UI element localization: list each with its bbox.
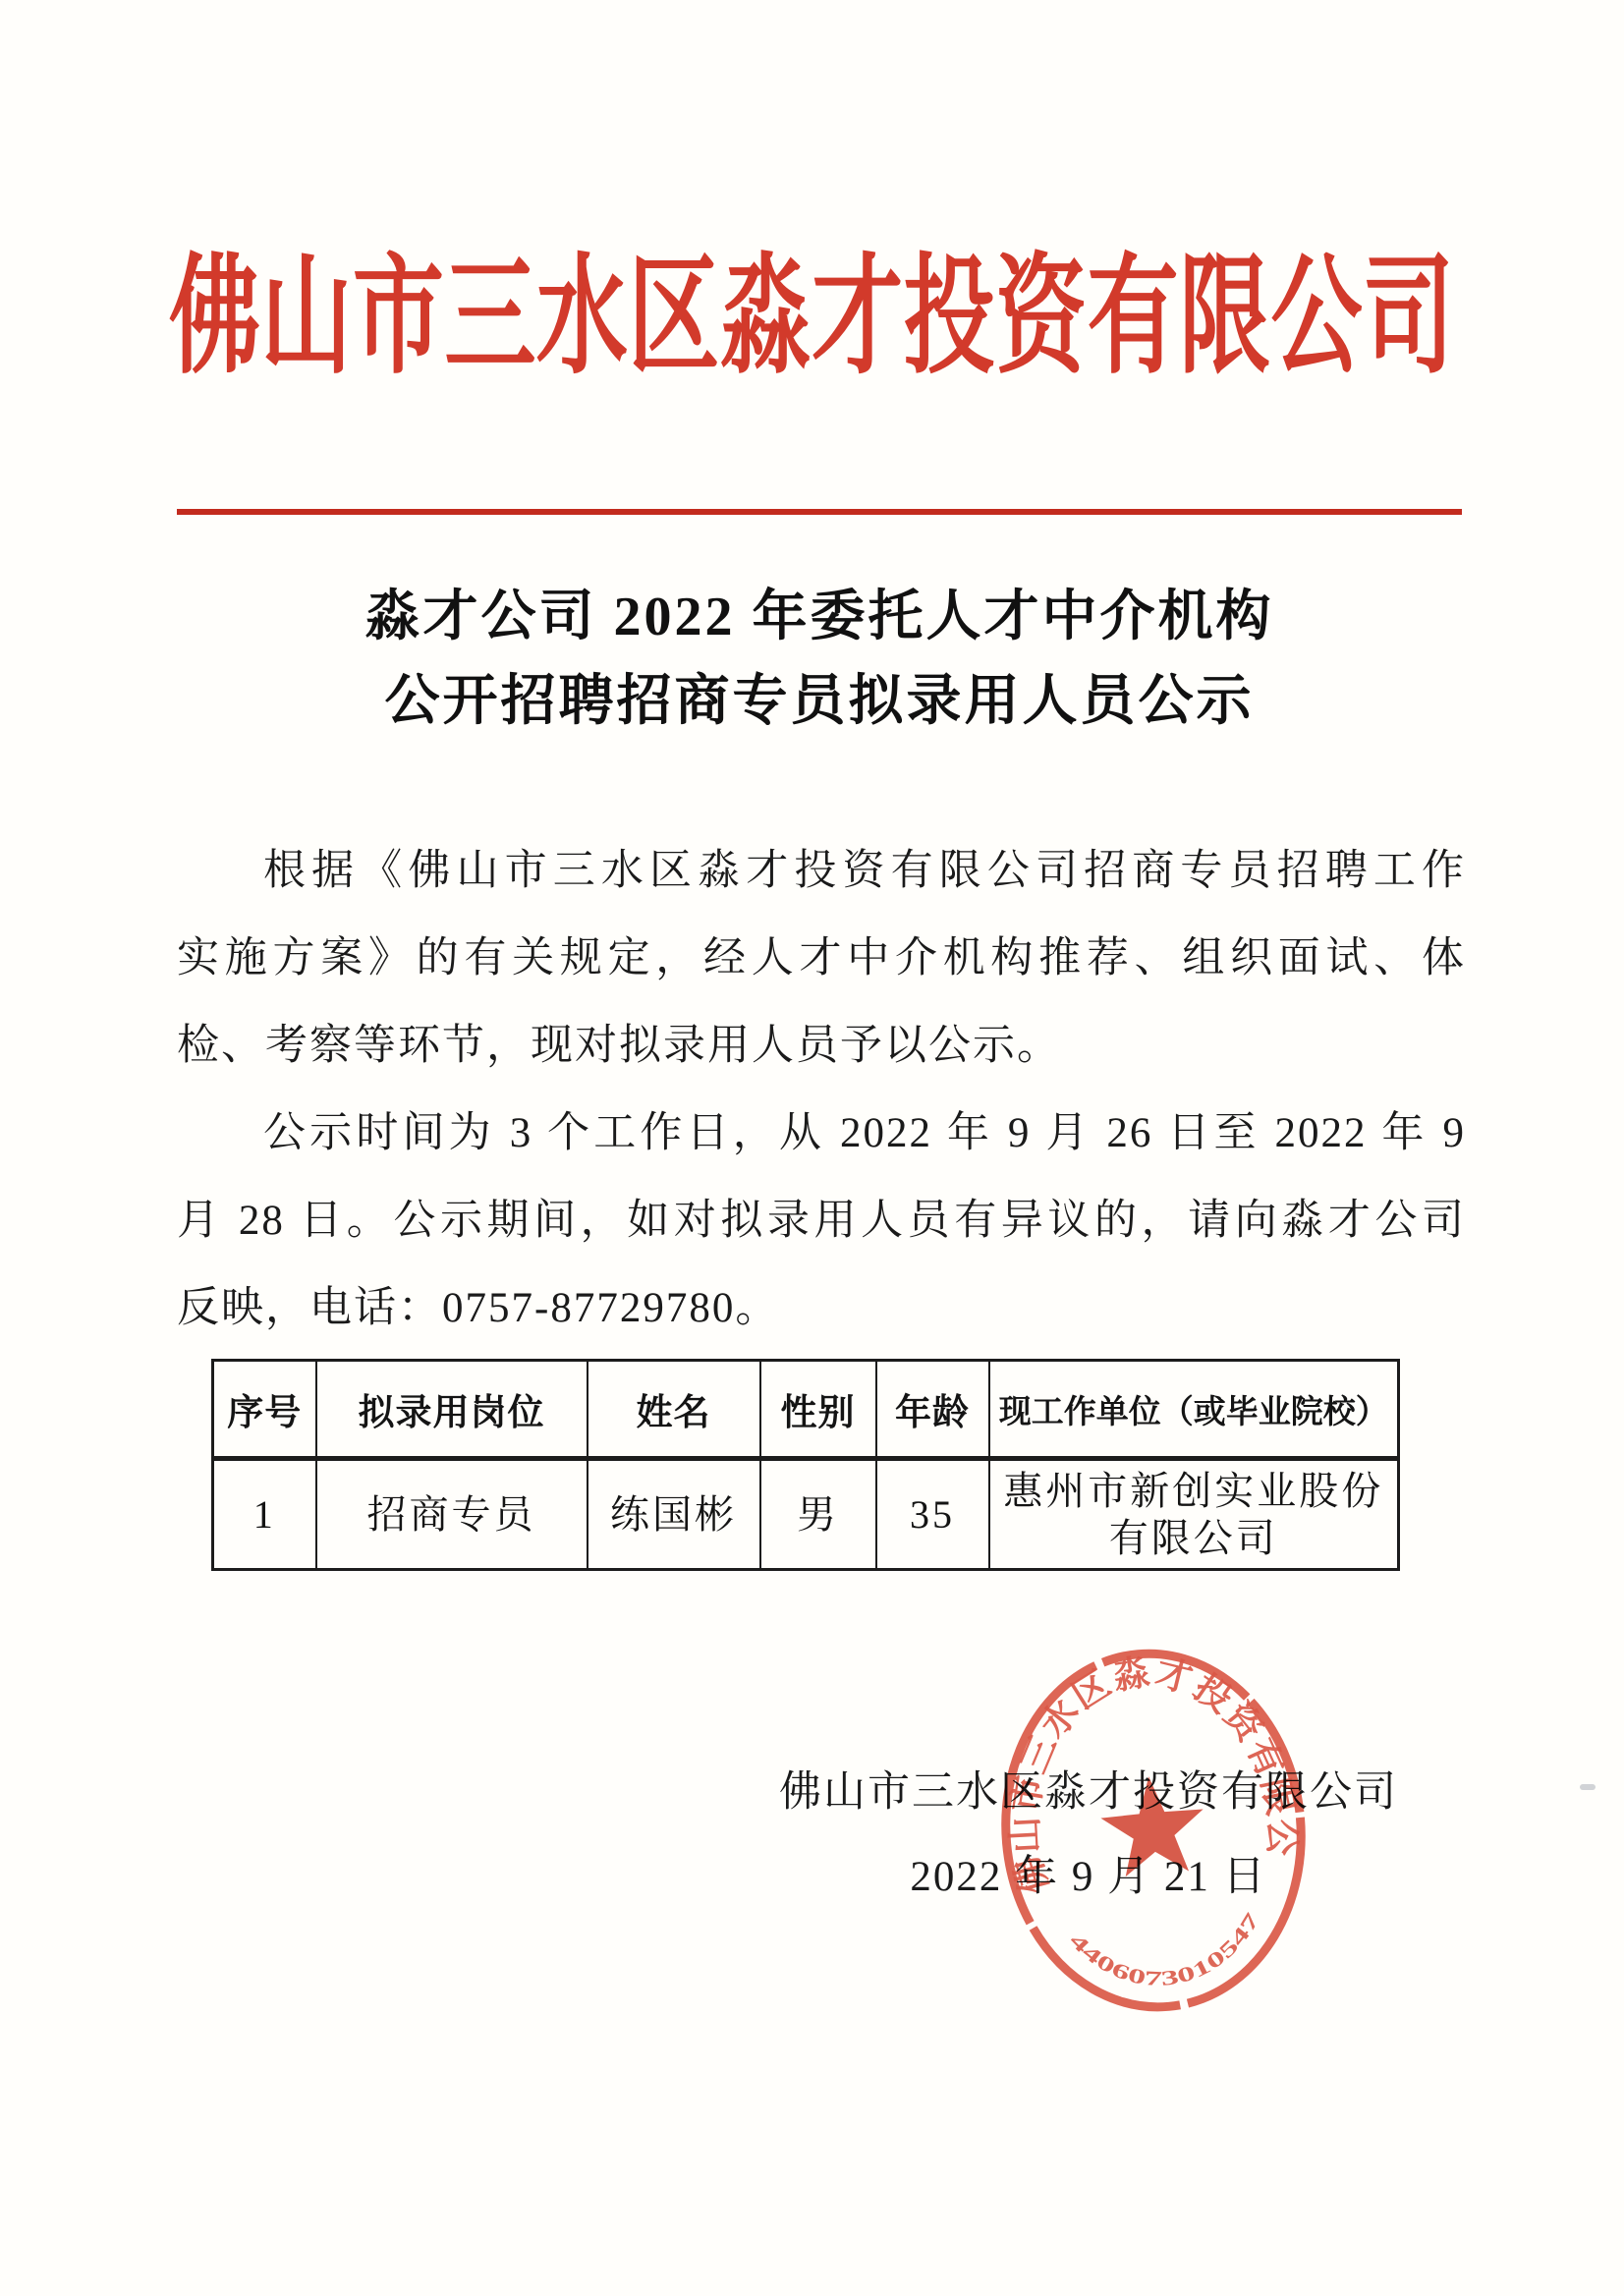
paragraph1-line3: 检、考察等环节，现对拟录用人员予以公示。: [177, 1002, 1466, 1090]
paragraph2-line2: 月 28 日。公示期间，如对拟录用人员有异议的，请向淼才公司: [177, 1177, 1466, 1264]
candidate-table: 序号 拟录用岗位 姓名 性别 年龄 现工作单位（或毕业院校） 1 招商专员 练国…: [211, 1359, 1400, 1571]
cell-name: 练国彬: [588, 1459, 760, 1570]
cell-age: 35: [876, 1459, 989, 1570]
header-position: 拟录用岗位: [316, 1361, 588, 1459]
document-page: 佛山市三水区淼才投资有限公司 淼才公司 2022 年委托人才中介机构 公开招聘招…: [0, 0, 1624, 2296]
cell-serial-number: 1: [213, 1459, 316, 1570]
paragraph2-line1: 公示时间为 3 个工作日，从 2022 年 9 月 26 日至 2022 年 9: [177, 1090, 1466, 1177]
document-title: 淼才公司 2022 年委托人才中介机构 公开招聘招商专员拟录用人员公示: [177, 575, 1462, 744]
paragraph1-line2: 实施方案》的有关规定，经人才中介机构推荐、组织面试、体: [177, 915, 1466, 1002]
document-title-line1: 淼才公司 2022 年委托人才中介机构: [177, 575, 1462, 659]
table-row: 1 招商专员 练国彬 男 35 惠州市新创实业股份有限公司: [213, 1459, 1399, 1570]
body-text: 根据《佛山市三水区淼才投资有限公司招商专员招聘工作 实施方案》的有关规定，经人才…: [177, 827, 1466, 1352]
letterhead-title: 佛山市三水区淼才投资有限公司: [169, 253, 1454, 383]
paragraph1-line1: 根据《佛山市三水区淼才投资有限公司招商专员招聘工作: [177, 827, 1466, 915]
company-seal-stamp: 佛山市三水区淼才投资有限公司 4406073010547: [970, 1620, 1337, 2041]
table-header-row: 序号 拟录用岗位 姓名 性别 年龄 现工作单位（或毕业院校）: [213, 1361, 1399, 1459]
cell-employer: 惠州市新创实业股份有限公司: [989, 1459, 1399, 1570]
cell-position: 招商专员: [316, 1459, 588, 1570]
header-serial-number: 序号: [213, 1361, 316, 1459]
cell-gender: 男: [760, 1459, 876, 1570]
header-gender: 性别: [760, 1361, 876, 1459]
header-employer: 现工作单位（或毕业院校）: [989, 1361, 1399, 1459]
header-age: 年龄: [876, 1361, 989, 1459]
seal-star-icon: [1097, 1772, 1208, 1878]
document-title-line2: 公开招聘招商专员拟录用人员公示: [177, 659, 1462, 744]
letterhead-divider-rule: [177, 509, 1462, 515]
header-name: 姓名: [588, 1361, 760, 1459]
scan-artifact-speck: [1580, 1784, 1596, 1790]
paragraph2-line3: 反映，电话：0757-87729780。: [177, 1264, 1466, 1352]
